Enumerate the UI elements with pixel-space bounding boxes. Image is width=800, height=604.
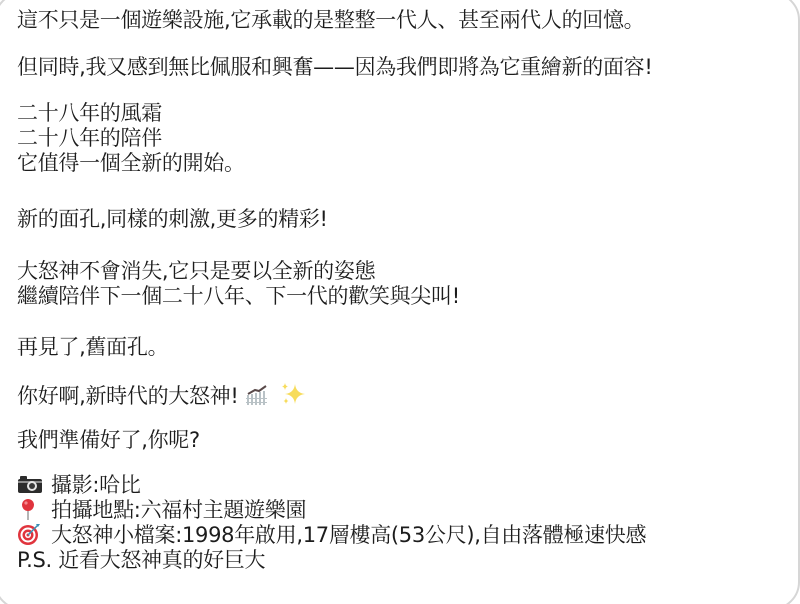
text-line: 但同時,我又感到無比佩服和興奮——因為我們即將為它重繪新的面容! bbox=[17, 55, 653, 80]
text-line: 我們準備好了,你呢? bbox=[17, 428, 200, 453]
text-line: 新的面孔,同樣的刺激,更多的精彩! bbox=[17, 207, 328, 232]
text-line: 繼續陪伴下一個二十八年、下一代的歡笑與尖叫! bbox=[17, 284, 460, 309]
round-pushpin-icon bbox=[17, 498, 43, 520]
info-list: 攝影:哈比 拍攝地點:六福村主題遊樂園 bbox=[17, 473, 646, 573]
paragraph-intro: 這不只是一個遊樂設施,它承載的是整整一代人、甚至兩代人的回憶。 bbox=[17, 8, 644, 33]
paragraph-hello: 你好啊,新時代的大怒神! bbox=[17, 381, 307, 406]
paragraph-28-years: 二十八年的風霜 二十八年的陪伴 它值得一個全新的開始。 bbox=[17, 101, 245, 176]
info-photographer: 攝影:哈比 bbox=[17, 473, 646, 498]
paragraph-ready: 我們準備好了,你呢? bbox=[17, 428, 200, 453]
text-line: 大怒神不會消失,它只是要以全新的姿態 bbox=[17, 259, 460, 284]
paragraph-not-disappear: 大怒神不會消失,它只是要以全新的姿態 繼續陪伴下一個二十八年、下一代的歡笑與尖叫… bbox=[17, 259, 460, 309]
paragraph-new-face: 新的面孔,同樣的刺激,更多的精彩! bbox=[17, 207, 328, 232]
text-line: 這不只是一個遊樂設施,它承載的是整整一代人、甚至兩代人的回憶。 bbox=[17, 8, 644, 33]
text-line: 二十八年的風霜 bbox=[17, 101, 245, 126]
sparkles-icon bbox=[279, 381, 307, 413]
hello-text: 你好啊,新時代的大怒神! bbox=[17, 384, 239, 408]
paragraph-goodbye: 再見了,舊面孔。 bbox=[17, 335, 168, 360]
text-line: 再見了,舊面孔。 bbox=[17, 335, 168, 360]
text-line: 你好啊,新時代的大怒神! bbox=[17, 381, 307, 406]
camera-icon bbox=[17, 473, 43, 495]
direct-hit-target-icon bbox=[17, 523, 43, 545]
location-text: 拍攝地點:六福村主題遊樂園 bbox=[51, 498, 306, 522]
photographer-text: 攝影:哈比 bbox=[51, 473, 141, 497]
info-location: 拍攝地點:六福村主題遊樂園 bbox=[17, 498, 646, 523]
ps-note: P.S. 近看大怒神真的好巨大 bbox=[17, 548, 646, 573]
building-construction-icon bbox=[245, 383, 273, 413]
paragraph-excitement: 但同時,我又感到無比佩服和興奮——因為我們即將為它重繪新的面容! bbox=[17, 55, 653, 80]
text-line: 它值得一個全新的開始。 bbox=[17, 151, 245, 176]
text-line: 二十八年的陪伴 bbox=[17, 126, 245, 151]
info-profile: 大怒神小檔案:1998年啟用,17層樓高(53公尺),自由落體極速快感 bbox=[17, 523, 646, 548]
profile-text: 大怒神小檔案:1998年啟用,17層樓高(53公尺),自由落體極速快感 bbox=[51, 523, 646, 547]
